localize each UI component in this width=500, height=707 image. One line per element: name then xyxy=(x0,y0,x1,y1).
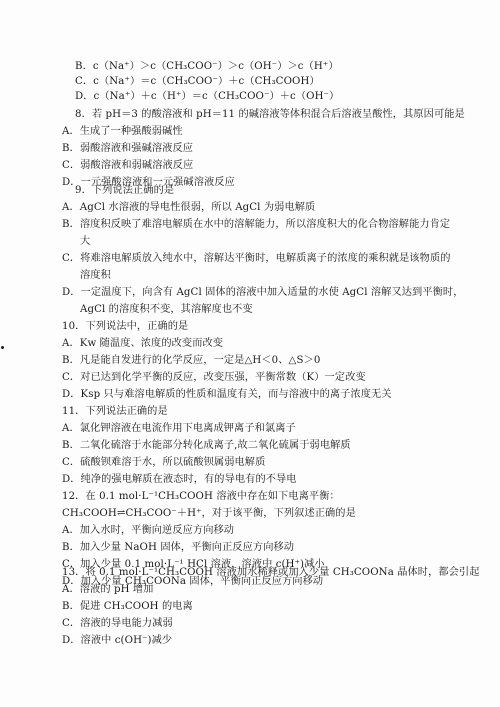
q11-stem: 11．下列说法正确的是 xyxy=(62,405,168,419)
q11-option-a: A．氯化钾溶液在电流作用下电离成钾离子和氯离子 xyxy=(62,422,296,436)
document-page: B．c（Na⁺）＞c（CH₃COO⁻）＞c（OH⁻）＞c（H⁺） C．c（Na⁺… xyxy=(0,0,500,707)
q8-option-b: B．弱酸溶液和强碱溶液反应 xyxy=(62,142,193,156)
q8-stem: 8．若 pH＝3 的酸溶液和 pH＝11 的碱溶液等体积混合后溶液呈酸性，其原因… xyxy=(75,108,465,122)
q12-option-a: A．加入水时，平衡向逆反应方向移动 xyxy=(62,524,234,538)
margin-dot xyxy=(1,346,4,349)
q9-option-b: B．溶度积反映了难溶电解质在水中的溶解能力，所以溶度积大的化合物溶解能力肯定 xyxy=(62,218,450,232)
q9-option-c-cont: 溶度积 xyxy=(80,269,111,283)
q10-stem: 10．下列说法中，正确的是 xyxy=(62,320,188,334)
q7-option-d: D．c（Na⁺）＋c（H⁺）＝c（CH₃COO⁻）＋c（OH⁻） xyxy=(75,90,339,104)
q10-option-d: D．Ksp 只与难溶电解质的性质和温度有关，而与溶液中的离子浓度无关 xyxy=(62,388,392,402)
q13-option-d: D．溶液中 c(OH⁻)减少 xyxy=(62,634,172,648)
q10-option-a: A．Kw 随温度、浓度的改变而改变 xyxy=(62,337,223,351)
q10-option-c: C．对已达到化学平衡的反应，改变压强，平衡常数（K）一定改变 xyxy=(62,371,366,385)
q7-option-b: B．c（Na⁺）＞c（CH₃COO⁻）＞c（OH⁻）＞c（H⁺） xyxy=(75,60,339,74)
q12-stem: 12．在 0.1 mol·L⁻¹CH₃COOH 溶液中存在如下电离平衡： xyxy=(62,490,340,504)
q8-option-a: A．生成了一种强酸弱碱性 xyxy=(62,125,183,139)
q9-option-b-cont: 大 xyxy=(80,235,90,249)
q12-option-b: B．加入少量 NaOH 固体，平衡向正反应方向移动 xyxy=(62,541,294,555)
q9-option-d: D．一定温度下，向含有 AgCl 固体的溶液中加入适量的水使 AgCl 溶解又达… xyxy=(62,286,463,300)
q10-option-b: B．凡是能自发进行的化学反应，一定是△H＜0、△S＞0 xyxy=(62,354,320,368)
q11-option-c: C．硫酸钡难溶于水，所以硫酸钡属弱电解质 xyxy=(62,456,265,470)
q11-option-d: D．纯净的强电解质在液态时，有的导电有的不导电 xyxy=(62,473,297,487)
q9-option-d-cont: AgCl 的溶度积不变，其溶解度也不变 xyxy=(80,303,253,317)
q9-option-c: C．将难溶电解质放入纯水中，溶解达平衡时，电解质离子的浓度的乘积就是该物质的 xyxy=(62,252,451,266)
q13-option-a: A．溶液的 pH 增加 xyxy=(62,583,153,597)
q8-option-c: C．弱酸溶液和弱碱溶液反应 xyxy=(62,159,193,173)
q12-equation: CH₃COOH⇌CH₃COO⁻＋H⁺，对于该平衡，下列叙述正确的是 xyxy=(62,507,356,521)
q13-stem: 13．将 0.1 mol·L⁻¹CH₃COOH 溶液加水稀释或加入少量 CH₃C… xyxy=(62,566,480,580)
q9-option-a: A．AgCl 水溶液的导电性很弱，所以 AgCl 为弱电解质 xyxy=(62,201,315,215)
q11-option-b: B．二氧化硫溶于水能部分转化成离子,故二氧化硫属于弱电解质 xyxy=(62,439,351,453)
q9-stem: 9．下列说法正确的是 xyxy=(75,184,174,198)
q7-option-c: C．c（Na⁺）＝c（CH₃COO⁻）＋c（CH₃COOH） xyxy=(75,75,320,89)
q13-option-b: B．促进 CH₃COOH 的电离 xyxy=(62,600,193,614)
q13-option-c: C．溶液的导电能力减弱 xyxy=(62,617,173,631)
